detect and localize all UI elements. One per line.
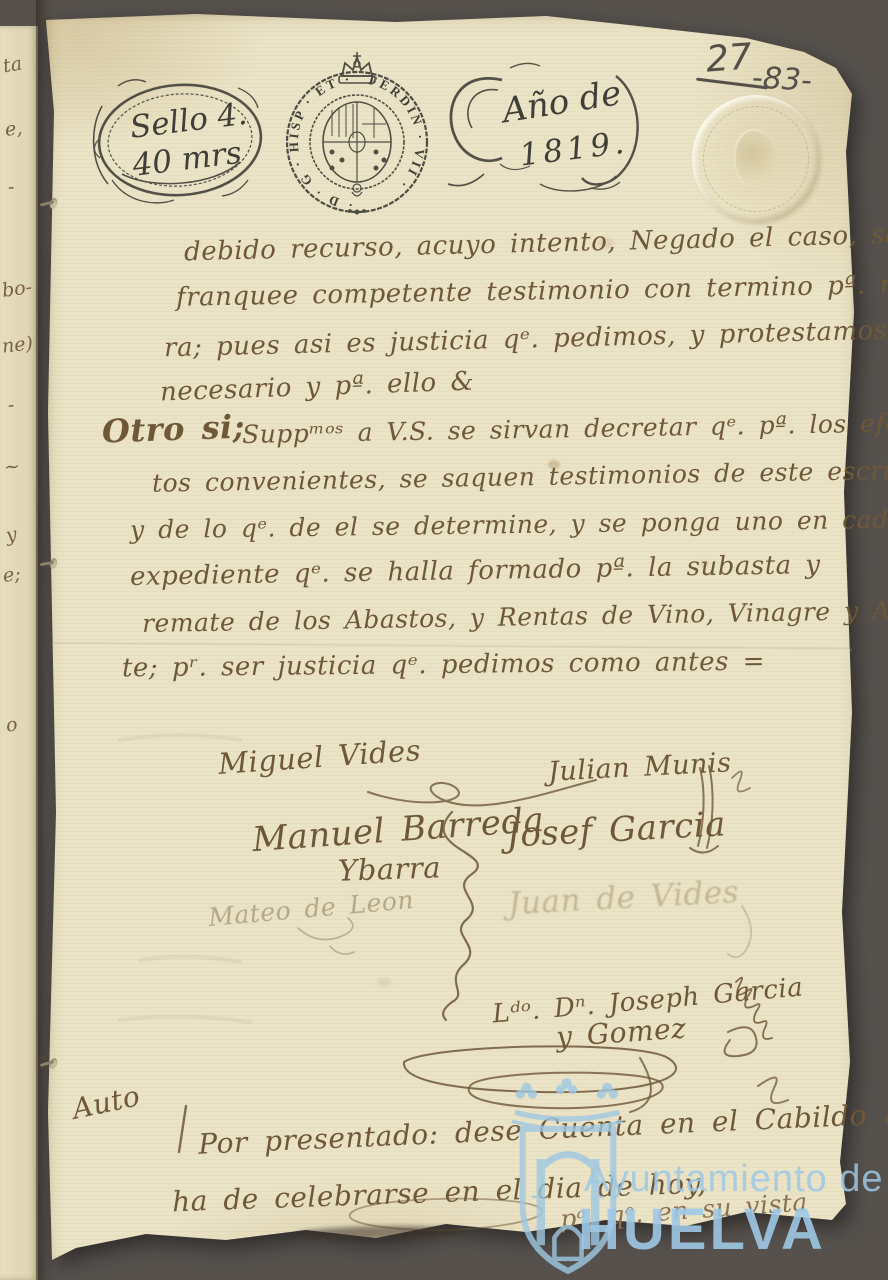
rubric-flourishes bbox=[0, 0, 888, 1280]
crown-icon bbox=[512, 1078, 622, 1129]
watermark-line2: HUELVA bbox=[578, 1196, 826, 1263]
watermark-line1: Ayuntamiento de bbox=[584, 1158, 884, 1201]
scanned-manuscript-page: ta e, - bo- ne) - ~ y e; o 27 -83- bbox=[0, 0, 888, 1280]
